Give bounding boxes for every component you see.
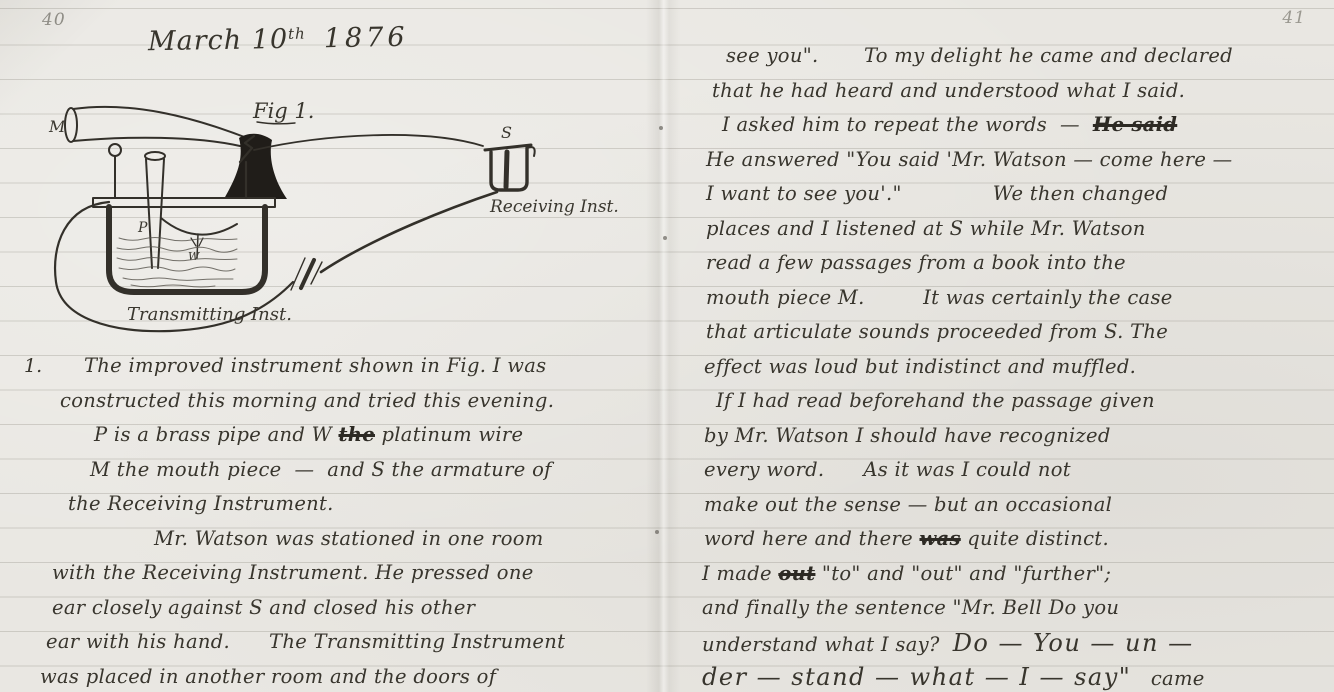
handwritten-text: I asked him to repeat the words — <box>722 113 1093 136</box>
manuscript-line: The improved instrument shown in Fig. I … <box>22 349 652 384</box>
mouthpiece-label: M <box>48 117 66 136</box>
manuscript-line: by Mr. Watson I should have recognized <box>694 419 1334 454</box>
handwritten-text: M the mouth piece — and S the armature o… <box>90 458 552 481</box>
figure-label: Fig 1. <box>252 99 314 123</box>
figure-1-sketch: Fig 1. M P <box>35 86 635 342</box>
liquid-water <box>117 238 237 288</box>
manuscript-line: effect was loud but indistinct and muffl… <box>694 350 1334 385</box>
manuscript-line: read a few passages from a book into the <box>694 246 1334 281</box>
handwritten-text: that articulate sounds proceeded from S.… <box>706 320 1168 343</box>
manuscript-line: M the mouth piece — and S the armature o… <box>22 453 652 488</box>
handwritten-text: with the Receiving Instrument. He presse… <box>52 561 534 584</box>
handwritten-text: by Mr. Watson I should have recognized <box>704 424 1111 447</box>
ink-speck <box>663 236 667 240</box>
handwritten-text: Do — You — un — <box>953 629 1194 657</box>
manuscript-line: places and I listened at S while Mr. Wat… <box>694 212 1334 247</box>
notebook-page-right: 41 see you". To my delight he came and d… <box>672 0 1334 692</box>
manuscript-line: every word. As it was I could not <box>694 453 1334 488</box>
handwritten-text: "to" and "out" and "further"; <box>815 562 1111 585</box>
manuscript-line: understand what I say? Do — You — un — <box>694 626 1334 661</box>
manuscript-line: constructed this morning and tried this … <box>22 384 652 419</box>
right-page-text: see you". To my delight he came and decl… <box>694 39 1334 692</box>
handwritten-text: the Receiving Instrument. <box>68 492 334 515</box>
manuscript-line: I want to see you'." We then changed <box>694 177 1334 212</box>
handwritten-text: I made <box>702 562 778 585</box>
handwritten-text: The improved instrument shown in Fig. I … <box>84 354 546 377</box>
manuscript-line: that articulate sounds proceeded from S.… <box>694 315 1334 350</box>
handwritten-text: constructed this morning and tried this … <box>60 389 554 412</box>
manuscript-line: I made out "to" and "out" and "further"; <box>694 557 1334 592</box>
handwritten-text: I want to see you'." We then changed <box>706 182 1168 205</box>
handwritten-text: that he had heard and understood what I … <box>712 79 1185 102</box>
entry-date-ordinal: th <box>288 25 306 43</box>
receiver-caption: Receiving Inst. <box>489 197 619 217</box>
manuscript-line: mouth piece M. It was certainly the case <box>694 281 1334 316</box>
manuscript-line: If I had read beforehand the passage giv… <box>694 384 1334 419</box>
manuscript-line: P is a brass pipe and W the platinum wir… <box>22 418 652 453</box>
notebook-spread: { "left_page": { "page_number": "40", "d… <box>0 0 1334 692</box>
handwritten-text: P is a brass pipe and W <box>94 423 338 446</box>
battery-symbol <box>291 258 322 290</box>
handwritten-text: platinum wire <box>375 423 523 446</box>
platinum-wire-label: W <box>188 250 201 263</box>
telephone-apparatus-drawing: Fig 1. M P <box>35 86 635 342</box>
transmitter-caption: Transmitting Inst. <box>127 304 292 325</box>
struck-text: the <box>338 423 375 446</box>
entry-date-year: 1876 <box>324 22 409 54</box>
manuscript-line: that he had heard and understood what I … <box>694 74 1334 109</box>
handwritten-text: Mr. Watson was stationed in one room <box>154 527 544 550</box>
handwritten-text: quite distinct. <box>961 527 1109 550</box>
handwritten-text: was placed in another room and the doors… <box>40 665 496 688</box>
manuscript-line: Mr. Watson was stationed in one room <box>22 522 652 557</box>
handwritten-text: He answered "You said 'Mr. Watson — come… <box>706 148 1232 171</box>
struck-text: out <box>778 562 815 585</box>
handwritten-text: came <box>1131 667 1204 690</box>
manuscript-line: was placed in another room and the doors… <box>22 660 652 692</box>
handwritten-text: If I had read beforehand the passage giv… <box>716 389 1155 412</box>
handwritten-text: ear closely against S and closed his oth… <box>52 596 475 619</box>
manuscript-line: der — stand — what — I — say" came <box>694 660 1334 692</box>
armature-label: S <box>501 123 512 142</box>
page-number-left: 40 <box>42 10 66 30</box>
handwritten-text: mouth piece M. It was certainly the case <box>706 286 1173 309</box>
left-page-text: The improved instrument shown in Fig. I … <box>22 349 652 692</box>
entry-date: March 10th1876 <box>148 22 409 58</box>
entry-date-monthday: March 10 <box>148 24 289 57</box>
pipe-label: P <box>137 220 148 236</box>
manuscript-line: make out the sense — but an occasional <box>694 488 1334 523</box>
handwritten-text: word here and there <box>704 527 919 550</box>
handwritten-text: ear with his hand. The Transmitting Inst… <box>46 630 565 653</box>
handwritten-text: and finally the sentence "Mr. Bell Do yo… <box>702 596 1119 619</box>
manuscript-line: see you". To my delight he came and decl… <box>694 39 1334 74</box>
manuscript-line: with the Receiving Instrument. He presse… <box>22 556 652 591</box>
manuscript-line: ear with his hand. The Transmitting Inst… <box>22 625 652 660</box>
manuscript-line: word here and there was quite distinct. <box>694 522 1334 557</box>
speaking-tube <box>224 134 287 199</box>
manuscript-line: the Receiving Instrument. <box>22 487 652 522</box>
notebook-page-left: 40 March 10th1876 Fig 1. M P <box>0 0 660 692</box>
handwritten-text: make out the sense — but an occasional <box>704 493 1112 516</box>
struck-text: was <box>919 527 960 550</box>
page-number-right: 41 <box>1282 8 1306 28</box>
struck-text: He said <box>1093 113 1177 136</box>
handwritten-text: places and I listened at S while Mr. Wat… <box>706 217 1146 240</box>
handwritten-text: every word. As it was I could not <box>704 458 1071 481</box>
handwritten-text: effect was loud but indistinct and muffl… <box>704 355 1136 378</box>
manuscript-line: I asked him to repeat the words — He sai… <box>694 108 1334 143</box>
manuscript-line: He answered "You said 'Mr. Watson — come… <box>694 143 1334 178</box>
manuscript-line: and finally the sentence "Mr. Bell Do yo… <box>694 591 1334 626</box>
handwritten-text: read a few passages from a book into the <box>706 251 1126 274</box>
handwritten-text: der — stand — what — I — say" <box>702 663 1131 691</box>
manuscript-line: ear closely against S and closed his oth… <box>22 591 652 626</box>
handwritten-text: see you". To my delight he came and decl… <box>726 44 1233 67</box>
handwritten-text: understand what I say? <box>702 633 953 656</box>
